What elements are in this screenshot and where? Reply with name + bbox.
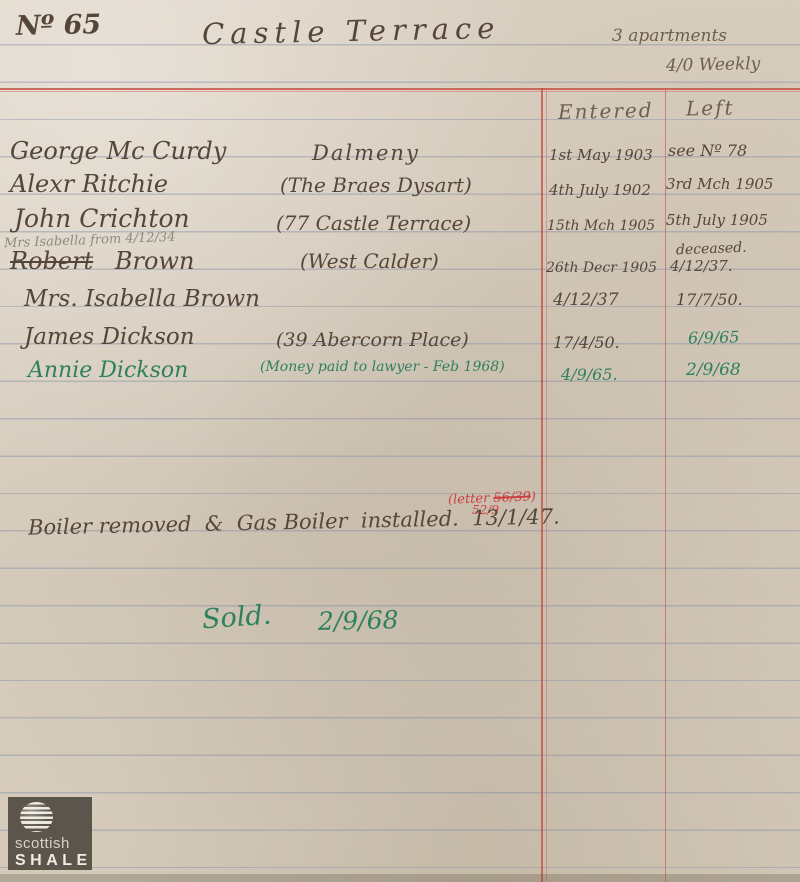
date-entered: 1st May 1903	[549, 146, 653, 164]
date-left-note: deceased.	[676, 240, 747, 259]
apartments-note: 3 apartments	[612, 26, 727, 46]
date-left: see Nº 78	[668, 141, 747, 160]
column-header-entered: Entered	[558, 98, 654, 124]
tenant-address: (The Braes Dysart)	[280, 173, 472, 197]
tenant-name: James Dickson	[24, 324, 195, 350]
red-header-rule	[0, 88, 800, 90]
red-column-rule-mid	[665, 88, 666, 882]
date-left: 5th July 1905	[666, 211, 768, 229]
red-column-rule-left	[541, 88, 543, 882]
page-title: Castle Terrace	[202, 11, 501, 51]
date-left: 3rd Mch 1905	[666, 175, 773, 193]
ledger-page: Nº 65 Castle Terrace 3 apartments 4/0 We…	[0, 0, 800, 882]
tenant-name-struck: Robert	[10, 247, 93, 275]
scottish-shale-logo: scottish SHALE	[8, 797, 92, 870]
tenant-name: Robert Brown	[10, 247, 194, 275]
tenant-address: (39 Abercorn Place)	[276, 329, 469, 351]
tenant-name-rest: Brown	[115, 247, 195, 275]
tenant-name: Alexr Ritchie	[10, 170, 168, 198]
date-entered: 4th July 1902	[549, 181, 651, 199]
tenant-note: (Money paid to lawyer - Feb 1968)	[260, 359, 505, 375]
tenant-name: John Crichton	[14, 204, 190, 233]
tenant-address: Dalmeny	[312, 141, 420, 165]
date-entered: 17/4/50.	[553, 333, 620, 352]
date-entered: 15th Mch 1905	[547, 218, 655, 234]
red-annotation-suffix: )	[531, 489, 537, 504]
date-left: 4/12/37.	[670, 257, 733, 275]
tenant-name: Annie Dickson	[28, 358, 188, 383]
red-header-rule-2	[0, 91, 800, 92]
date-entered: 4/12/37	[553, 290, 619, 310]
page-number: Nº 65	[16, 9, 102, 42]
column-header-left: Left	[686, 95, 735, 120]
logo-text-shale: SHALE	[15, 852, 92, 870]
ruled-lines	[0, 0, 800, 882]
tenant-address: (West Calder)	[300, 249, 439, 273]
tenant-address: (77 Castle Terrace)	[276, 211, 471, 235]
date-entered: 4/9/65.	[561, 365, 618, 384]
tenant-name: Mrs. Isabella Brown	[24, 286, 260, 312]
red-column-rule-left-2	[546, 88, 547, 882]
date-left: 2/9/68	[686, 360, 741, 380]
globe-icon	[20, 802, 53, 832]
page-bottom-edge	[0, 874, 800, 882]
sold-note: Sold.	[201, 600, 272, 636]
tenant-name: George Mc Curdy	[10, 137, 226, 165]
boiler-note: Boiler removed & Gas Boiler installed. 1…	[28, 504, 560, 539]
logo-text-scottish: scottish	[15, 835, 70, 852]
date-left: 17/7/50.	[676, 290, 743, 309]
date-entered: 26th Decr 1905	[546, 260, 657, 276]
date-left: 6/9/65	[688, 327, 740, 347]
rent-note: 4/0 Weekly	[666, 54, 761, 76]
sold-date: 2/9/68	[318, 605, 399, 636]
